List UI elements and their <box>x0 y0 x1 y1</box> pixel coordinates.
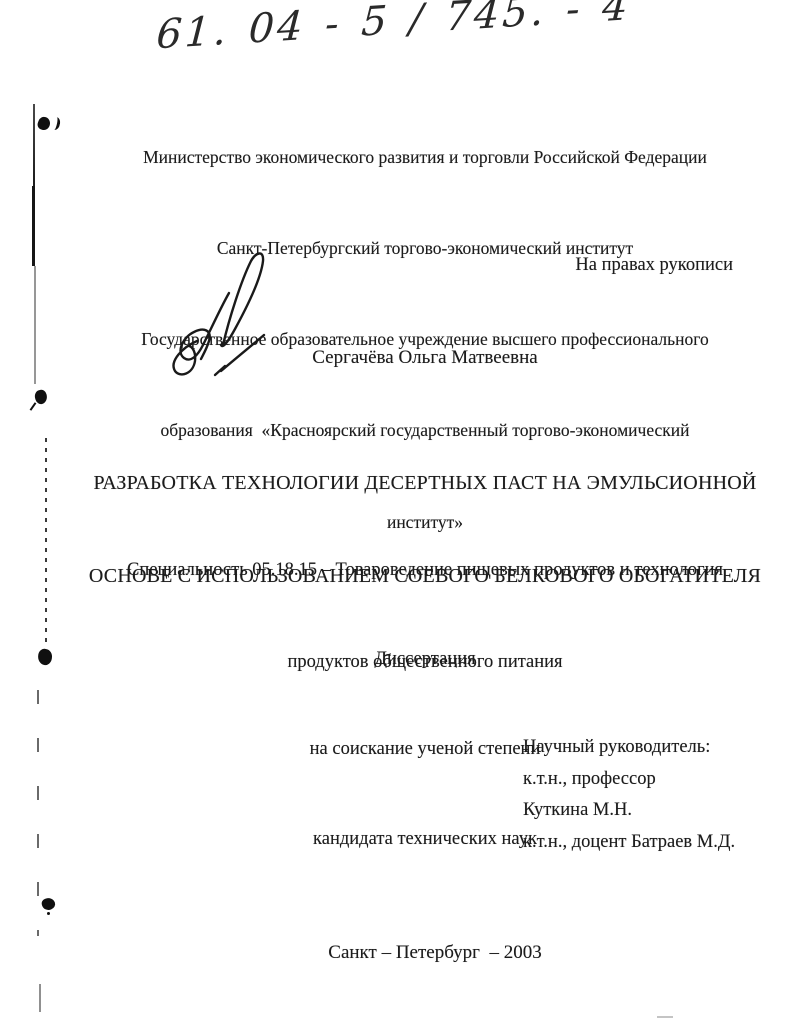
supervisor-label: Научный руководитель: <box>523 732 735 764</box>
supervisor-degree: к.т.н., профессор <box>523 764 735 796</box>
scan-mark-bottom-right <box>657 1016 673 1018</box>
city-year: Санкт – Петербург – 2003 <box>70 942 799 964</box>
supervisor-name: Куткина М.Н. <box>523 795 735 827</box>
ink-blot-artifact-3 <box>37 648 54 666</box>
header-line-ministry: Министерство экономического развития и т… <box>60 142 790 172</box>
binding-dotted-line <box>45 438 47 643</box>
supervisor-block: Научный руководитель: к.т.н., профессор … <box>523 732 735 858</box>
author-name: Сергачёва Ольга Матвеевна <box>60 347 790 369</box>
ink-blot-artifact-1 <box>36 115 52 131</box>
binding-edge-line-bottom <box>39 984 41 1012</box>
ink-blot-artifact-4 <box>40 896 56 912</box>
thesis-line-1: Диссертация <box>60 644 790 674</box>
specialty-line-1: Специальность 05.18.15 – Товароведение п… <box>60 555 790 586</box>
ink-blot-artifact-2-tail <box>30 402 37 411</box>
dissertation-title-page: 61. 04 - 5 / 745. - 4 Министерство эконо… <box>0 0 799 1029</box>
ink-blot-artifact-4-dot <box>47 912 50 915</box>
binding-dashed-line <box>37 690 39 936</box>
manuscript-rights-note: На правах рукописи <box>575 255 733 276</box>
co-supervisor-name: к.т.н., доцент Батраев М.Д. <box>523 827 735 859</box>
binding-edge-line-faint <box>34 266 36 384</box>
binding-edge-line-dark <box>32 186 35 266</box>
handwritten-catalog-number: 61. 04 - 5 / 745. - 4 <box>155 0 597 58</box>
